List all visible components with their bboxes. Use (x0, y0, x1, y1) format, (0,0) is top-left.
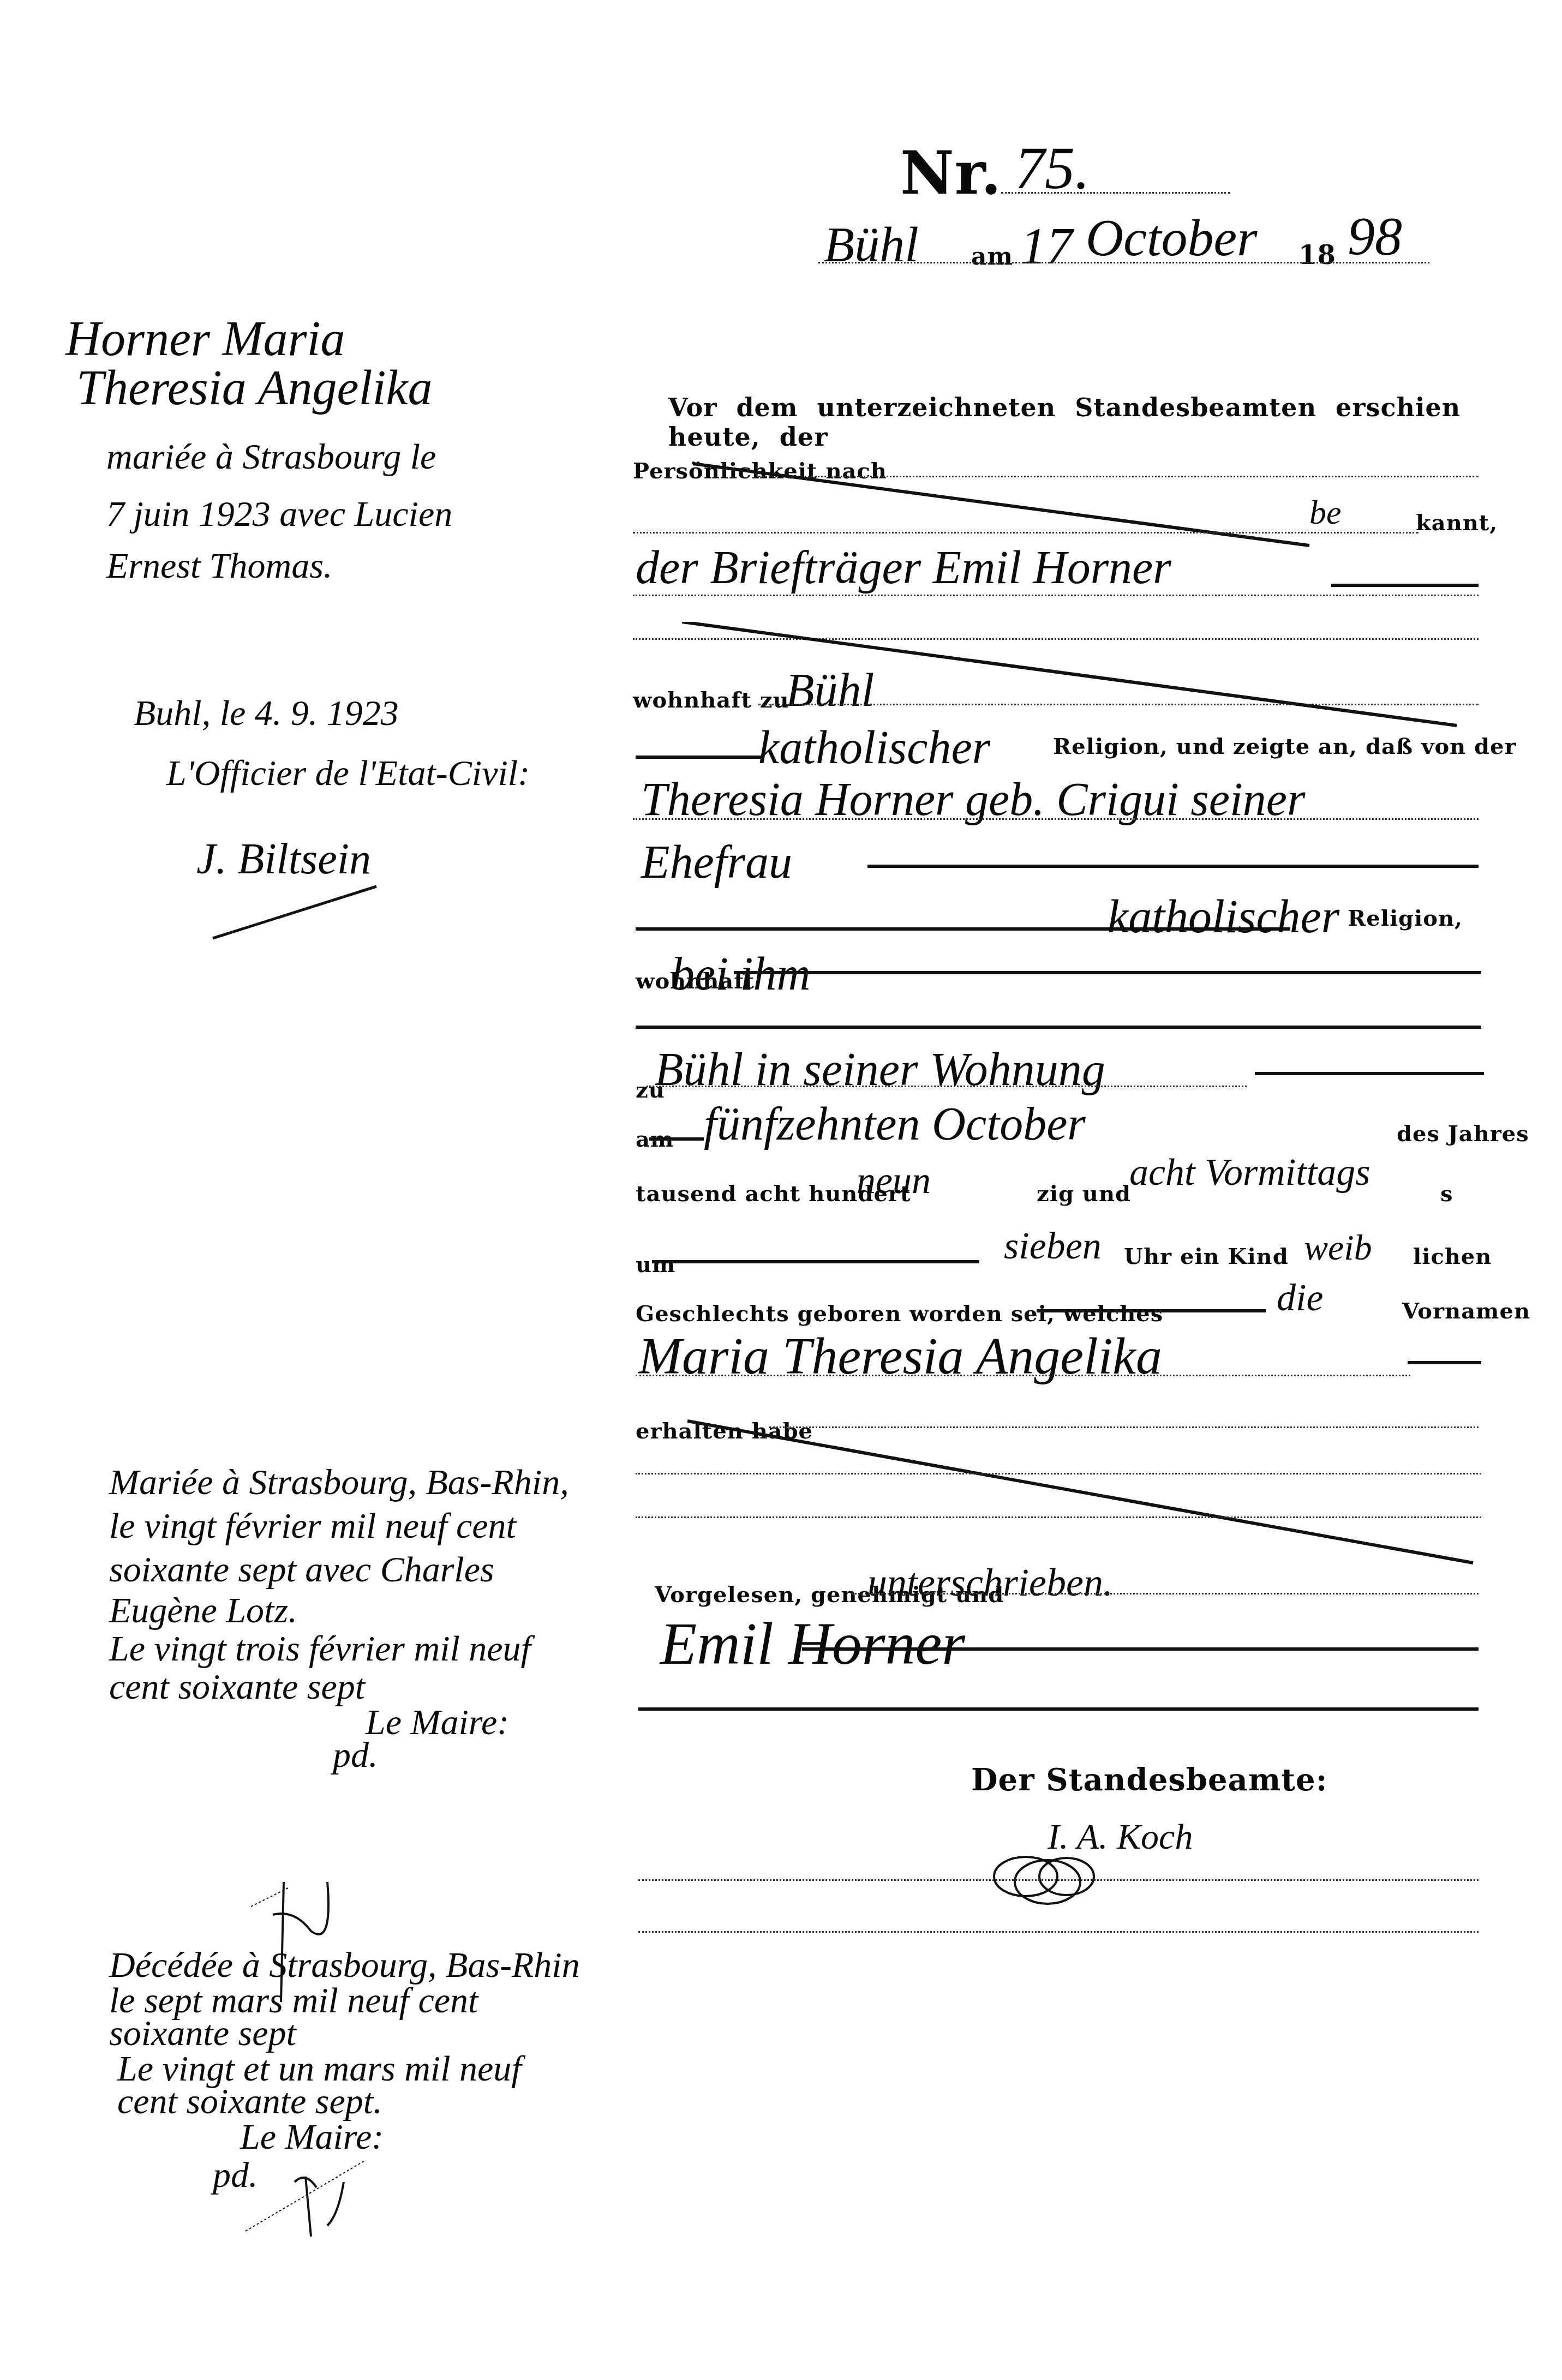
registration-day: 17 (1020, 215, 1073, 276)
fill-rule (802, 1647, 1479, 1651)
year-mid: zig und (1037, 1181, 1131, 1207)
time-label: um (636, 1252, 675, 1278)
religion-value-mother: katholischer (1108, 889, 1339, 944)
religion-label-father: Religion, und zeigte an, daß von der (1053, 734, 1517, 759)
fill-rule (1331, 584, 1479, 587)
year-units: acht Vormittags (1129, 1151, 1370, 1195)
date-dotted-line (818, 262, 1429, 263)
year-end: s (1440, 1181, 1453, 1207)
sex-line-label: Geschlechts geboren worden sei, welches (636, 1301, 1163, 1327)
margin-marriage-2-pd: pd. (333, 1735, 378, 1776)
fill-rule (1255, 1072, 1484, 1075)
registration-year: 98 (1348, 205, 1402, 267)
form-intro: Vor dem unterzeichneten Standesbeamten e… (668, 393, 1562, 452)
registration-place: Bühl (824, 215, 919, 273)
dotted-line (851, 1593, 1479, 1594)
margin-marriage-2-line: Eugène Lotz. (109, 1590, 297, 1632)
birthdate-value: fünfzehnten October (704, 1096, 1086, 1151)
identity-suffix: kannt, (1416, 510, 1498, 536)
mother-relation: Ehefrau (641, 835, 792, 889)
margin-marriage-1-line: Ernest Thomas. (106, 545, 332, 587)
century-prefix: 18 (1298, 240, 1336, 271)
child-sex-suffix: lichen (1413, 1244, 1492, 1269)
officer-heading: Der Standesbeamte: (971, 1762, 1327, 1798)
birthyear-suffix: des Jahres (1397, 1121, 1529, 1147)
dotted-line (647, 1086, 1247, 1087)
strike-line (687, 1416, 1484, 1568)
margin-child-name-line: Horner Maria (65, 311, 345, 367)
margin-marriage-1-officer: L'Officier de l'Etat-Civil: (166, 753, 530, 794)
margin-marriage-1-line: 7 juin 1923 avec Lucien (106, 494, 452, 535)
dotted-line (636, 1516, 1481, 1518)
fill-rule (636, 756, 761, 759)
dotted-line (633, 595, 1479, 596)
child-given-names: Maria Theresia Angelika (638, 1326, 1162, 1386)
margin-child-name-line: Theresia Angelika (76, 360, 432, 416)
signature-underline (207, 884, 382, 944)
declarant-name: der Briefträger Emil Horner (636, 540, 1171, 595)
year-tens: neun (857, 1159, 931, 1203)
fill-rule (734, 971, 1481, 974)
fill-rule (636, 1026, 1481, 1029)
signature-flourish (715, 1855, 824, 1926)
time-mid: Uhr ein Kind (1124, 1244, 1289, 1269)
fill-rule (1408, 1361, 1481, 1364)
religion-label-mother: Religion, (1348, 906, 1463, 931)
number-dotted-line (1001, 192, 1230, 194)
fill-rule (652, 1260, 979, 1263)
paraph-mark (235, 2127, 376, 2237)
dotted-line (633, 532, 1419, 533)
child-sex-value: weib (1304, 1227, 1372, 1269)
strike-line (693, 458, 1315, 551)
margin-marriage-1-signature: J. Biltsein (196, 835, 371, 884)
register-number-label: Nr. (900, 139, 1002, 208)
fill-rule (1037, 1309, 1266, 1312)
margin-marriage-2-line: cent soixante sept (109, 1666, 365, 1708)
signature-flourish-loops (993, 1855, 1097, 1915)
dotted-line (633, 818, 1479, 820)
dotted-line (638, 1931, 1479, 1933)
margin-marriage-2-line: Mariée à Strasbourg, Bas-Rhin, (109, 1462, 569, 1503)
religion-value-father: katholischer (758, 720, 990, 775)
strike-line (682, 622, 1479, 731)
margin-marriage-2-line: soixante sept avec Charles (109, 1549, 494, 1591)
margin-marriage-2-line: le vingt février mil neuf cent (109, 1506, 516, 1547)
identity-value: be (1309, 494, 1342, 532)
margin-marriage-2-line: Le vingt trois février mil neuf (109, 1628, 531, 1670)
date-prefix-label: am (971, 243, 1013, 271)
declarant-signature: Emil Horner (660, 1609, 965, 1678)
margin-marriage-2-signoff: Le Maire: (366, 1702, 509, 1743)
margin-marriage-1-place-date: Buhl, le 4. 9. 1923 (134, 693, 399, 734)
names-label: Vornamen (1402, 1298, 1530, 1324)
fill-rule (638, 1707, 1479, 1711)
birthplace-value: Bühl in seiner Wohnung (655, 1042, 1105, 1096)
fill-rule (649, 1137, 704, 1141)
fill-rule (867, 865, 1479, 868)
margin-marriage-1-line: mariée à Strasbourg le (106, 436, 436, 478)
officer-signature: I. A. Koch (1048, 1817, 1193, 1858)
names-article: die (1277, 1276, 1324, 1320)
time-value: sieben (1004, 1225, 1102, 1268)
read-approved-value: unterschrieben. (867, 1560, 1113, 1605)
dotted-line (638, 1879, 1479, 1881)
dotted-line (636, 1375, 1410, 1376)
dotted-line (636, 1473, 1481, 1474)
registration-month: October (1086, 207, 1258, 268)
